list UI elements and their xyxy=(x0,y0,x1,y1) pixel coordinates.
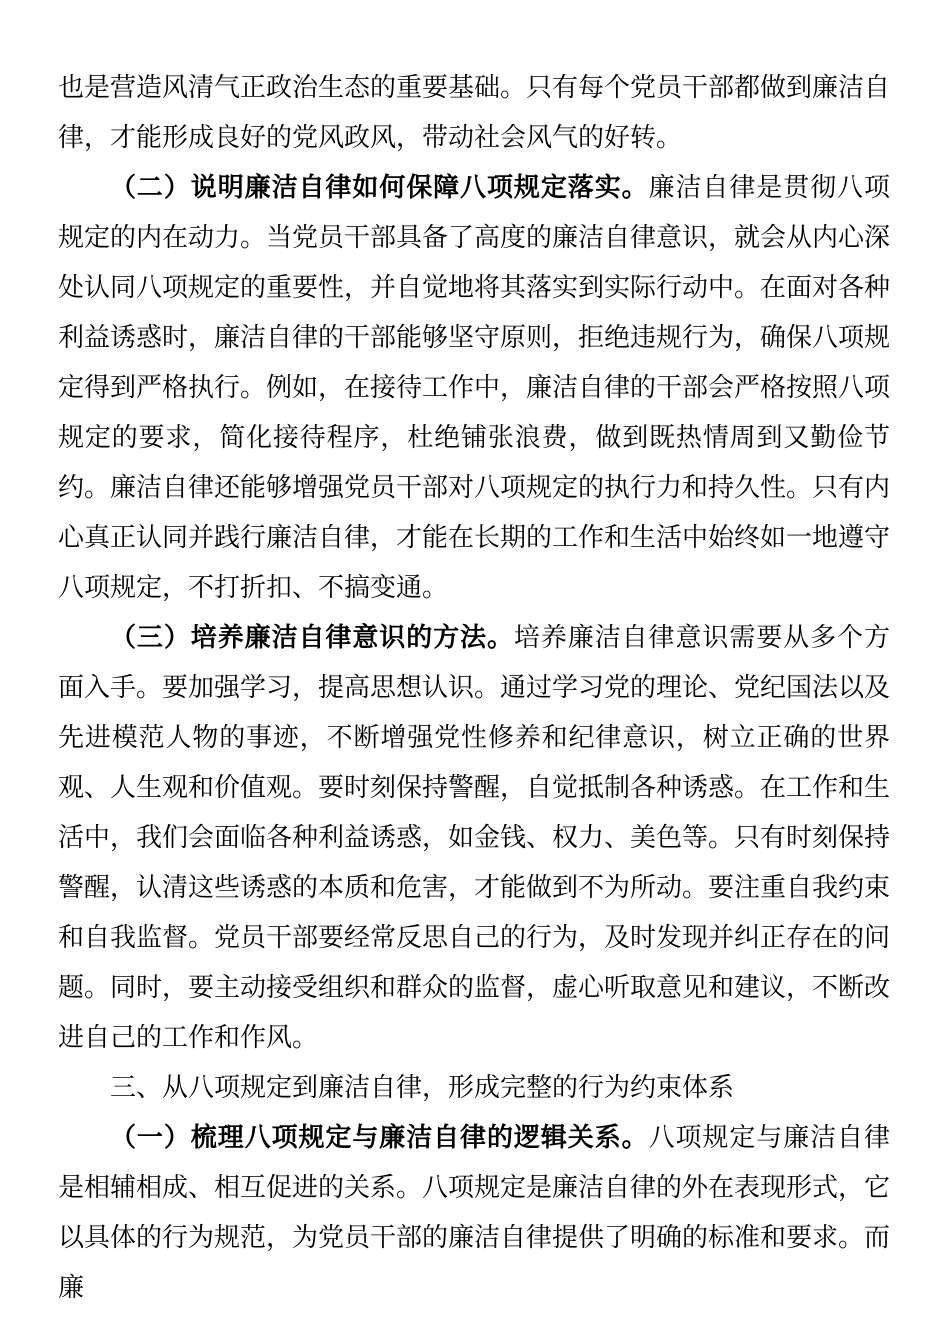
paragraph-section-1: （一）梳理八项规定与廉洁自律的逻辑关系。八项规定与廉洁自律是相辅相成、相互促进的… xyxy=(58,1112,890,1312)
paragraph-lead-bold: （三）培养廉洁自律意识的方法。 xyxy=(110,622,514,652)
section-heading: 三、从八项规定到廉洁自律，形成完整的行为约束体系 xyxy=(58,1062,890,1112)
section-heading-text: 三、从八项规定到廉洁自律，形成完整的行为约束体系 xyxy=(110,1072,734,1102)
paragraph-continuation: 也是营造风清气正政治生态的重要基础。只有每个党员干部都做到廉洁自律，才能形成良好… xyxy=(58,62,890,162)
paragraph-lead-bold: （二）说明廉洁自律如何保障八项规定落实。 xyxy=(110,172,649,202)
document-page: 也是营造风清气正政治生态的重要基础。只有每个党员干部都做到廉洁自律，才能形成良好… xyxy=(0,0,950,1344)
paragraph-text: 廉洁自律是贯彻八项规定的内在动力。当党员干部具备了高度的廉洁自律意识，就会从内心… xyxy=(58,172,890,602)
paragraph-lead-bold: （一）梳理八项规定与廉洁自律的逻辑关系。 xyxy=(110,1122,649,1152)
paragraph-section-2: （二）说明廉洁自律如何保障八项规定落实。廉洁自律是贯彻八项规定的内在动力。当党员… xyxy=(58,162,890,612)
paragraph-section-3: （三）培养廉洁自律意识的方法。培养廉洁自律意识需要从多个方面入手。要加强学习，提… xyxy=(58,612,890,1062)
paragraph-text: 培养廉洁自律意识需要从多个方面入手。要加强学习，提高思想认识。通过学习党的理论、… xyxy=(58,622,890,1052)
paragraph-text: 也是营造风清气正政治生态的重要基础。只有每个党员干部都做到廉洁自律，才能形成良好… xyxy=(58,72,890,152)
